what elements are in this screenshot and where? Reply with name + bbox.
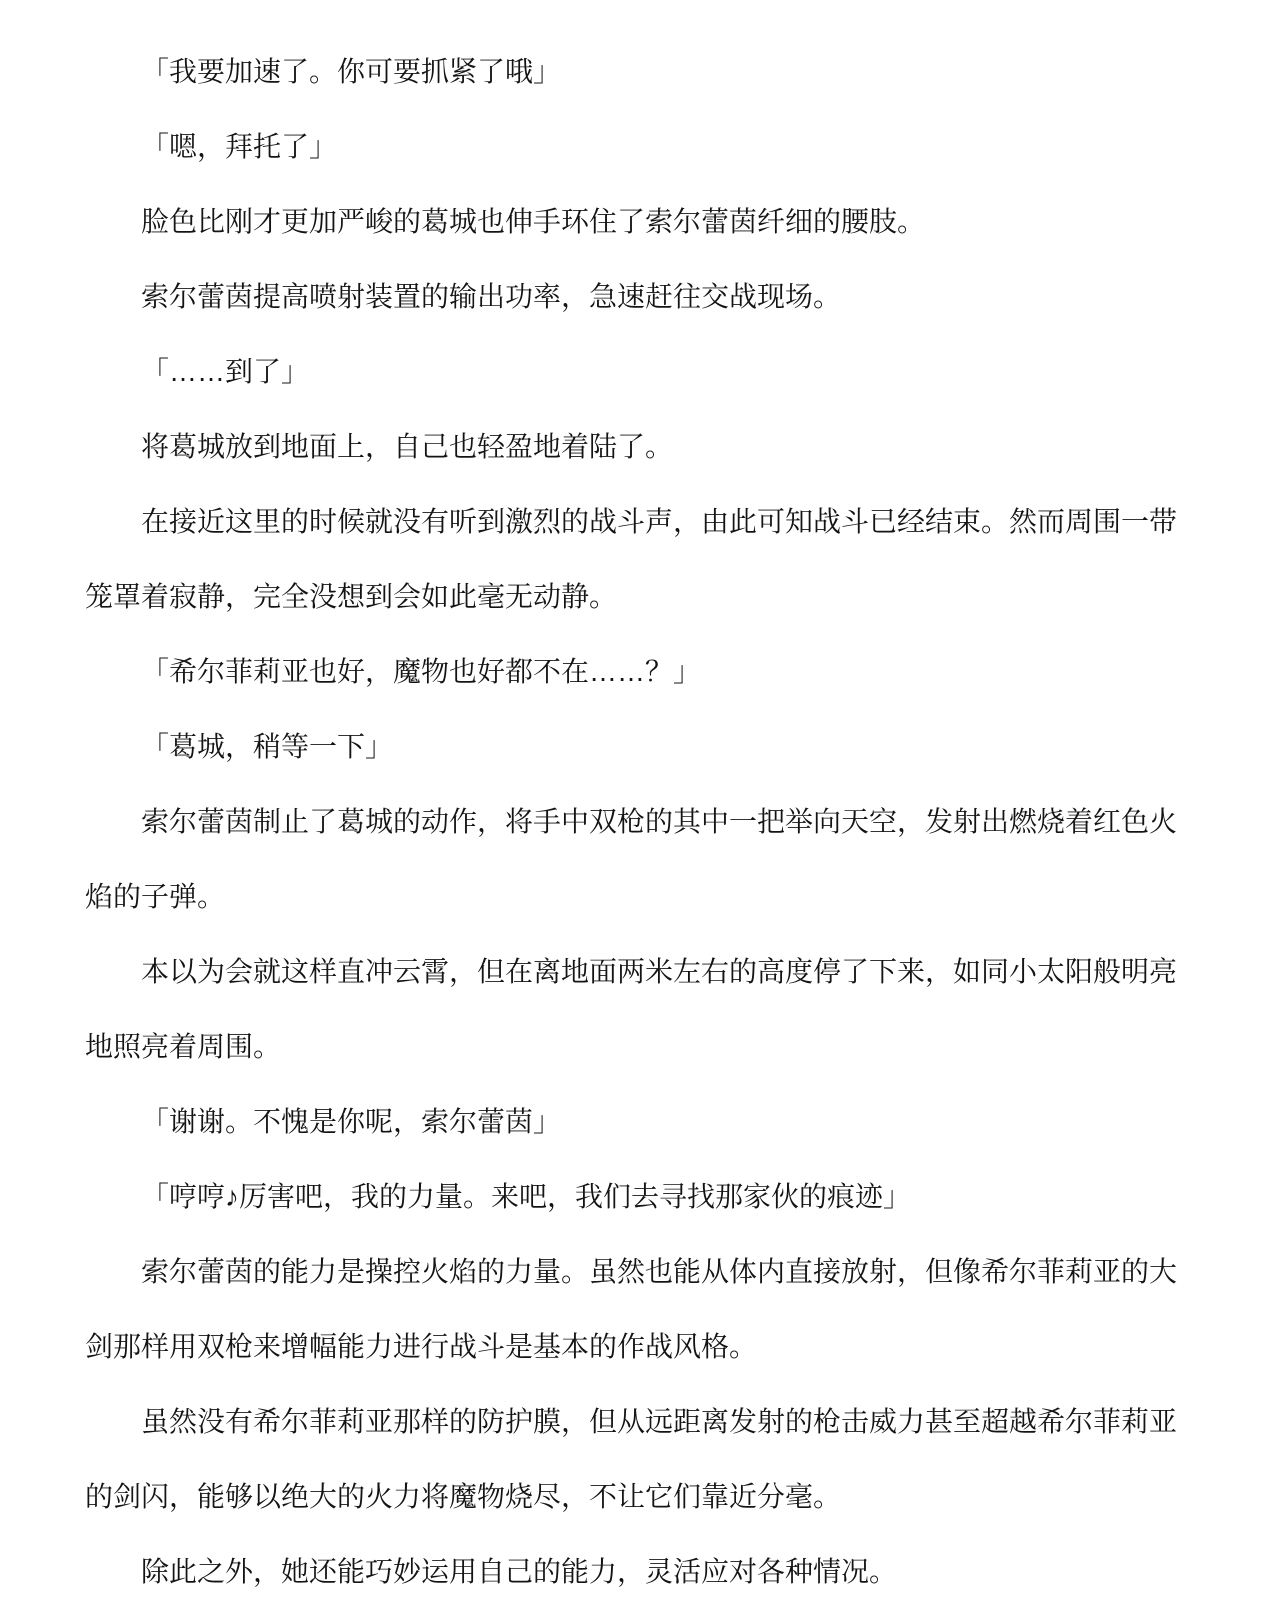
- dialogue-paragraph: 「葛城，稍等一下」: [85, 709, 1191, 784]
- dialogue-paragraph: 「嗯，拜托了」: [85, 109, 1191, 184]
- narration-paragraph: 索尔蕾茵提高喷射装置的输出功率，急速赶往交战现场。: [85, 259, 1191, 334]
- narration-paragraph: 脸色比刚才更加严峻的葛城也伸手环住了索尔蕾茵纤细的腰肢。: [85, 184, 1191, 259]
- narration-paragraph: 索尔蕾茵制止了葛城的动作，将手中双枪的其中一把举向天空，发射出燃烧着红色火焰的子…: [85, 784, 1191, 934]
- narration-paragraph: 索尔蕾茵的能力是操控火焰的力量。虽然也能从体内直接放射，但像希尔菲莉亚的大剑那样…: [85, 1234, 1191, 1384]
- narration-paragraph: 虽然没有希尔菲莉亚那样的防护膜，但从远距离发射的枪击威力甚至超越希尔菲莉亚的剑闪…: [85, 1384, 1191, 1534]
- novel-text-block: 「我要加速了。你可要抓紧了哦」 「嗯，拜托了」 脸色比刚才更加严峻的葛城也伸手环…: [85, 34, 1191, 1609]
- narration-paragraph: 在接近这里的时候就没有听到激烈的战斗声，由此可知战斗已经结束。然而周围一带笼罩着…: [85, 484, 1191, 634]
- dialogue-paragraph: 「希尔菲莉亚也好，魔物也好都不在……？」: [85, 634, 1191, 709]
- narration-paragraph: 本以为会就这样直冲云霄，但在离地面两米左右的高度停了下来，如同小太阳般明亮地照亮…: [85, 934, 1191, 1084]
- narration-paragraph: 将葛城放到地面上，自己也轻盈地着陆了。: [85, 409, 1191, 484]
- narration-paragraph: 除此之外，她还能巧妙运用自己的能力，灵活应对各种情况。: [85, 1534, 1191, 1609]
- dialogue-paragraph: 「……到了」: [85, 334, 1191, 409]
- novel-page: 「我要加速了。你可要抓紧了哦」 「嗯，拜托了」 脸色比刚才更加严峻的葛城也伸手环…: [0, 0, 1280, 1624]
- dialogue-paragraph: 「谢谢。不愧是你呢，索尔蕾茵」: [85, 1084, 1191, 1159]
- dialogue-paragraph: 「哼哼♪厉害吧，我的力量。来吧，我们去寻找那家伙的痕迹」: [85, 1159, 1191, 1234]
- dialogue-paragraph: 「我要加速了。你可要抓紧了哦」: [85, 34, 1191, 109]
